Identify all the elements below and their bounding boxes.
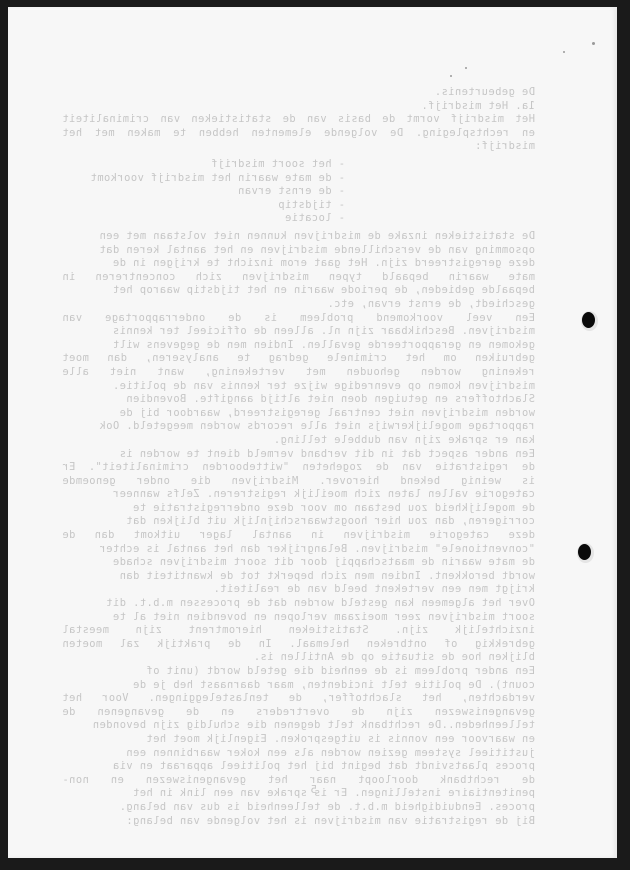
body-line: justitieel systeem gezien worden als een… xyxy=(62,747,535,761)
body-line: mate waarin bepaald typen misdrijven zic… xyxy=(62,271,535,285)
body-line: soort misdrijven zeer moeizaam verlopen … xyxy=(62,611,535,625)
body-line: Een ander probleem is de eenheid die get… xyxy=(62,665,535,679)
body-line: geschiedt, de ernst ervan, etc. xyxy=(62,298,535,312)
body-line: opsomming van de verschillende misdrijve… xyxy=(62,244,535,258)
body-line: rapportage mogelijkerwijs niet alle reco… xyxy=(62,420,535,434)
body-line: Bij de registratie van misdrijven is het… xyxy=(62,815,535,829)
body-line: telleenheden..De rechtbank telt degenen … xyxy=(62,719,535,733)
body-line: verdachten, het slachtoffer, de tenlaste… xyxy=(62,692,535,706)
body-line: de registratie van de zogeheten "wittebo… xyxy=(62,461,535,475)
scanned-page: De gebeurtenis.1a. Het misdrijf.Het misd… xyxy=(8,7,617,858)
body-line: De statistieken inzake de misdrijven kun… xyxy=(62,230,535,244)
body-text: De statistieken inzake de misdrijven kun… xyxy=(62,230,535,828)
scan-speck xyxy=(465,67,467,69)
body-line: gekomen en gerapporteerde gevallen. Indi… xyxy=(62,339,535,353)
body-line: kan er sprake zijn van dubbele telling. xyxy=(62,434,535,448)
body-line: krijgt men een vertekent beeld van de re… xyxy=(62,583,535,597)
body-line: proces plaatsvindt dat begint bij het po… xyxy=(62,760,535,774)
body-line: blijken hoe de situatie op de Antillen i… xyxy=(62,651,535,665)
body-line: Slachtoffers en getuigen doen niet altij… xyxy=(62,393,535,407)
body-line: categorie vallen laten zich moeilijk reg… xyxy=(62,488,535,502)
list-item: - de mate waarin het misdrijf voorkomt xyxy=(90,172,535,186)
element-list: - het soort misdrijf- de mate waarin het… xyxy=(90,158,535,226)
list-item: - locatie xyxy=(90,212,535,226)
scan-speck xyxy=(563,51,565,53)
body-line: de mate waarin de maatschappij door dit … xyxy=(62,556,535,570)
body-line: Over het algemeen kan gesteld worden dat… xyxy=(62,597,535,611)
list-item: - het soort misdrijf xyxy=(90,158,535,172)
body-line: wordt berokkent. Indien men zich beperkt… xyxy=(62,570,535,584)
body-line: proces. Eenduidigheid m.b.t. de telleenh… xyxy=(62,801,535,815)
heading-line: De gebeurtenis. xyxy=(62,86,535,100)
body-line: deze categorie misdrijven in aantal lage… xyxy=(62,529,535,543)
body-line: worden misdrijven niet centraal geregist… xyxy=(62,407,535,421)
body-line: Een veel voorkomend probleem is de onder… xyxy=(62,312,535,326)
heading-line: misdrijf: xyxy=(62,140,535,154)
body-line: gevangeniswezen zijn de overtreders en d… xyxy=(62,706,535,720)
scan-speck xyxy=(450,75,452,77)
body-line: corrigeren, dan zou hier hoogstwaarschij… xyxy=(62,515,535,529)
body-line: penitentiaire instellingen. Er is sprake… xyxy=(62,787,535,801)
mirrored-show-through-text: De gebeurtenis.1a. Het misdrijf.Het misd… xyxy=(8,7,617,858)
body-line: de rechtbank doorloopt naar het gevangen… xyxy=(62,774,535,788)
body-line: misdrijven. Beschikbaar zijn nl. alleen … xyxy=(62,325,535,339)
list-item: - tijdstip xyxy=(90,199,535,213)
punch-hole-top xyxy=(582,312,595,328)
heading-line: 1a. Het misdrijf. xyxy=(62,100,535,114)
body-line: en waarvoor een vonnis is uitgesproken. … xyxy=(62,733,535,747)
body-line: "conventionele" misdrijven. Belangrijker… xyxy=(62,543,535,557)
body-line: Een ander aspect dat in dit verband verm… xyxy=(62,448,535,462)
body-line: count). De politie telt incidenten, maar… xyxy=(62,679,535,693)
body-line: rekening worden gehouden met vertekening… xyxy=(62,366,535,380)
list-item: - de ernst ervan xyxy=(90,185,535,199)
body-line: gebrekkig of ontbreken helemaal. In de p… xyxy=(62,638,535,652)
scan-speck xyxy=(592,42,595,45)
body-line: is weinig bekend hierover. Misdrijven di… xyxy=(62,475,535,489)
body-line: deze geregistreerd zijn. Het gaat erom i… xyxy=(62,257,535,271)
punch-hole-bottom xyxy=(578,544,591,560)
section-heading-block: De gebeurtenis.1a. Het misdrijf.Het misd… xyxy=(62,86,535,154)
heading-line: en rechtspleging. De volgende elementen … xyxy=(62,127,535,141)
heading-line: Het misdrijf vormt de basis van de stati… xyxy=(62,113,535,127)
body-line: bepaalde gebieden, de periode waarin en … xyxy=(62,284,535,298)
page-number: 5 xyxy=(310,783,317,796)
body-line: de mogelijkheid zou bestaan om voor deze… xyxy=(62,502,535,516)
body-line: misdrijven komen op evenredige wijze ter… xyxy=(62,380,535,394)
body-line: gebruiken om het criminele gedrag te ana… xyxy=(62,352,535,366)
body-line: inzichtelijk zijn. Statistieken hieromtr… xyxy=(62,624,535,638)
